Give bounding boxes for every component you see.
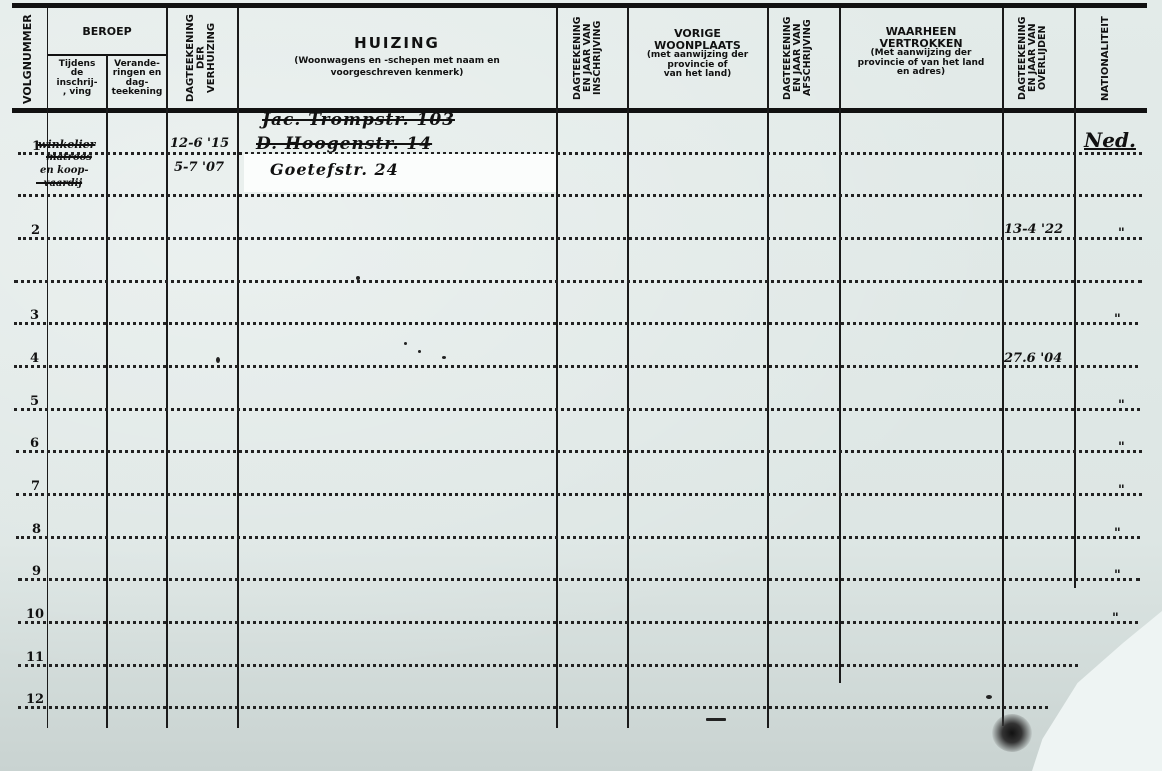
header-waarheen-vertrokken: WAARHEEN VERTROKKEN (Met aanwijzing der … (840, 26, 1002, 77)
header-huizing: HUIZING (238, 36, 556, 52)
row-line (18, 621, 1138, 624)
header-dagteekening-overlijden: DAGTEEKENING EN JAAR VAN OVERLIJDEN (1018, 10, 1048, 106)
col-line-3 (166, 8, 168, 728)
col-line-4 (237, 8, 239, 728)
row-line (14, 408, 1140, 411)
header-beroep-tijdens: Tijdens de inschrij- , ving (48, 60, 106, 98)
row-line (18, 664, 1078, 667)
header-dagteekening-afschrijving: DAGTEEKENING EN JAAR VAN AFSCHRIJVING (783, 10, 813, 106)
row-number-7: 7 (31, 479, 40, 494)
row-number-4: 4 (30, 351, 39, 366)
beroep-line-1: winkelier (38, 138, 95, 151)
row-line (14, 322, 1138, 325)
beroep-line-4: - vaardij (36, 178, 82, 189)
ditto-mark: " (1118, 483, 1125, 498)
header-huizing-sub1: (Woonwagens en -schepen met naam en (238, 57, 556, 66)
header-vorige-woonplaats: VORIGE WOONPLAATS (met aanwijzing der pr… (628, 28, 767, 79)
row-line (16, 450, 1142, 453)
row-line (16, 493, 1142, 496)
row-number-12: 12 (26, 692, 44, 707)
row-line (18, 152, 1142, 155)
ink-speck (986, 695, 992, 699)
ditto-mark: " (1112, 611, 1119, 626)
ink-speck (418, 350, 421, 353)
header-top-rule (12, 3, 1147, 8)
ditto-mark: " (1118, 398, 1125, 413)
verhuizing-date-2: 5-7 '07 (174, 160, 224, 175)
row-line (18, 194, 1142, 197)
vorige-title1: VORIGE (628, 28, 767, 40)
header-bottom-rule (12, 108, 1147, 113)
header-beroep: BEROEP (48, 26, 166, 38)
row-number-6: 6 (30, 436, 39, 451)
huizing-address-3: Goetefstr. 24 (270, 160, 399, 179)
torn-corner (1032, 611, 1162, 771)
beroep-line-3: en koop- (40, 165, 89, 176)
col-line-6 (627, 8, 629, 728)
huizing-address-2: D. Hoogenstr. 14 (256, 134, 432, 154)
header-beroep-veranderingen: Verande- ringen en dag- teekening (107, 60, 167, 98)
col-line-2 (106, 55, 108, 728)
header-volgnummer: VOLGNUMMER (22, 14, 34, 104)
header-nationaliteit: NATIONALITEIT (1101, 14, 1112, 104)
col-line-5 (556, 8, 558, 728)
row-line (14, 365, 1138, 368)
dash-mark (706, 718, 726, 721)
row-number-11: 11 (26, 650, 44, 665)
col-line-10 (1074, 8, 1076, 588)
header-huizing-sub2: voorgeschreven kenmerk) (238, 69, 556, 78)
col-line-7 (767, 8, 769, 728)
row-number-9: 9 (32, 564, 41, 579)
ink-stain (992, 714, 1032, 752)
row-line (18, 578, 1140, 581)
ink-speck (404, 342, 407, 345)
row-line (14, 280, 1142, 283)
waarheen-title1: WAARHEEN (840, 26, 1002, 38)
row-number-2: 2 (31, 223, 40, 238)
ink-speck (216, 357, 220, 363)
col-line-1 (47, 8, 48, 728)
ink-speck (442, 356, 446, 359)
row-line (18, 706, 1048, 709)
row-number-5: 5 (30, 394, 39, 409)
ditto-mark: " (1114, 526, 1121, 541)
nationaliteit-row1: Ned. (1084, 128, 1136, 152)
header-dagteekening-verhuizing: DAGTEEKENING DER VERHUIZING (186, 12, 218, 104)
beroep-line-2: matroos (46, 152, 92, 163)
col-line-8 (839, 8, 841, 683)
ditto-mark: " (1118, 226, 1125, 241)
row-number-3: 3 (30, 308, 39, 323)
overlijden-date-row2: 13-4 '22 (1004, 222, 1063, 237)
ditto-mark: " (1114, 568, 1121, 583)
row-line (18, 237, 1142, 240)
ditto-mark: " (1118, 440, 1125, 455)
overlijden-date-row4: 27.6 '04 (1004, 351, 1062, 366)
row-number-8: 8 (32, 522, 41, 537)
row-number-10: 10 (26, 607, 44, 622)
row-line (16, 536, 1140, 539)
ink-speck (356, 276, 360, 280)
verhuizing-date-1: 12-6 '15 (170, 136, 229, 151)
huizing-address-1: Jac. Trompstr. 103 (262, 110, 455, 130)
registration-card: VOLGNUMMER BEROEP Tijdens de inschrij- ,… (0, 0, 1162, 771)
header-dagteekening-inschrijving: DAGTEEKENING EN JAAR VAN INSCHRIJVING (573, 10, 603, 106)
waarheen-sub3: en adres) (840, 68, 1002, 77)
ditto-mark: " (1114, 312, 1121, 327)
vorige-sub3: van het land) (628, 70, 767, 79)
